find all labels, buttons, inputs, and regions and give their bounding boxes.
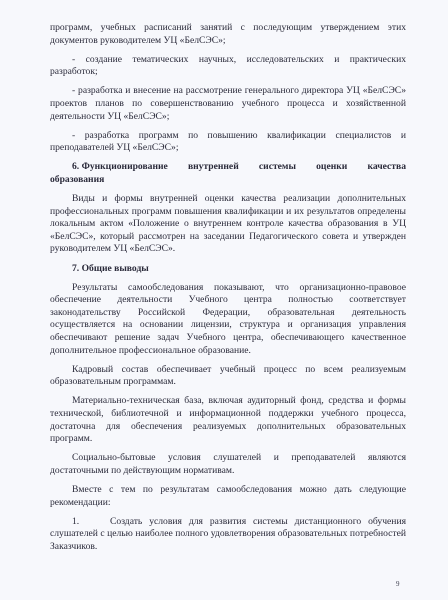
heading-word: качества (367, 161, 406, 174)
conclusion-paragraph: Вместе с тем по результатам самообследов… (50, 484, 406, 509)
conclusion-paragraph: Материально-техническая база, включая ау… (50, 395, 406, 445)
section-7-heading: 7. Общие выводы (50, 263, 406, 276)
list-item-dash: - создание тематических научных, исследо… (50, 54, 406, 79)
heading-word: оценки (316, 161, 347, 174)
recommendation-item: 1.Создать условия для развития системы д… (50, 516, 406, 554)
recommendation-number: 1. (72, 516, 110, 529)
heading-word: системы (259, 161, 296, 174)
list-item-dash: - разработка программ по повышению квали… (50, 130, 406, 155)
page-number: 9 (396, 580, 400, 588)
section-6-heading: 6. Функционирование внутренней системы о… (50, 161, 406, 186)
heading-word: 6. Функционирование (72, 161, 168, 174)
heading-word: внутренней (188, 161, 239, 174)
conclusion-paragraph: Социально-бытовые условия слушателей и п… (50, 452, 406, 477)
document-page: программ, учебных расписаний занятий с п… (0, 0, 448, 600)
conclusion-paragraph: Кадровый состав обеспечивает учебный про… (50, 364, 406, 389)
section-6-body: Виды и формы внутренней оценки качества … (50, 193, 406, 256)
heading-line-2: образования (50, 174, 406, 187)
list-item-dash: - разработка и внесение на рассмотрение … (50, 85, 406, 123)
document-body: программ, учебных расписаний занятий с п… (50, 22, 406, 560)
conclusion-paragraph: Результаты самообследования показывают, … (50, 282, 406, 358)
paragraph-continuation: программ, учебных расписаний занятий с п… (50, 22, 406, 47)
